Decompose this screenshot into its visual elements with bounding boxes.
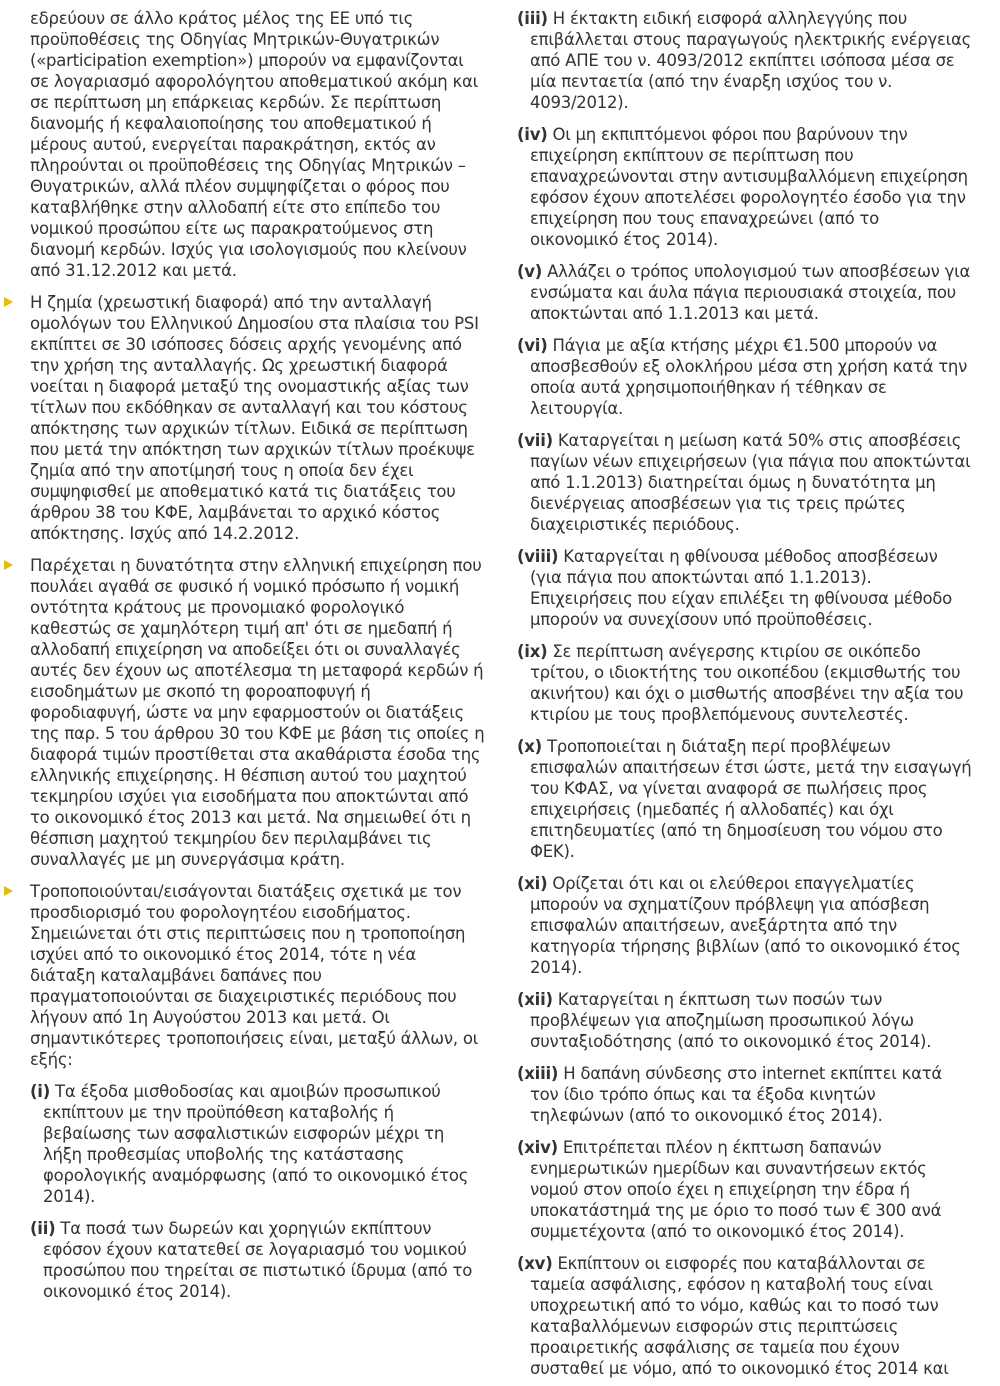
numbered-item: (i) Τα έξοδα μισθοδοσίας και αμοιβών προ…	[30, 1081, 485, 1207]
paragraph: εδρεύουν σε άλλο κράτος μέλος της ΕΕ υπό…	[30, 8, 485, 281]
numbered-item: (x) Τροποποιείται η διάταξη περί προβλέψ…	[517, 736, 972, 862]
item-text: Τα έξοδα μισθοδοσίας και αμοιβών προσωπι…	[43, 1082, 468, 1206]
item-number-label: (vii)	[517, 431, 553, 450]
bullet-text: Τροποποιούνται/εισάγονται διατάξεις σχετ…	[30, 882, 478, 1069]
numbered-item: (iii) Η έκτακτη ειδική εισφορά αλληλεγγύ…	[517, 8, 972, 113]
item-number-label: (xi)	[517, 874, 547, 893]
bullet-arrow-icon	[4, 560, 13, 570]
numbered-item: (xi) Ορίζεται ότι και οι ελεύθεροι επαγγ…	[517, 873, 972, 978]
item-text: Η δαπάνη σύνδεσης στο internet εκπίπτει …	[530, 1064, 942, 1125]
item-number-label: (x)	[517, 737, 542, 756]
numbered-item: (xv) Εκπίπτουν οι εισφορές που καταβάλλο…	[517, 1253, 972, 1379]
numbered-item: (xiv) Επιτρέπεται πλέον η έκπτωση δαπανώ…	[517, 1137, 972, 1242]
numbered-item: (v) Αλλάζει ο τρόπος υπολογισμού των απο…	[517, 261, 972, 324]
item-number-label: (i)	[30, 1082, 50, 1101]
item-number-label: (viii)	[517, 547, 558, 566]
document-page: εδρεύουν σε άλλο κράτος μέλος της ΕΕ υπό…	[0, 0, 1000, 1379]
item-text: Εκπίπτουν οι εισφορές που καταβάλλονται …	[530, 1254, 949, 1378]
numbered-item: (viii) Καταργείται η φθίνουσα μέθοδος απ…	[517, 546, 972, 630]
item-text: Η έκτακτη ειδική εισφορά αλληλεγγύης που…	[530, 9, 971, 112]
bullet-arrow-icon	[4, 886, 13, 896]
bullet-item: Η ζημία (χρεωστική διαφορά) από την αντα…	[30, 292, 485, 544]
item-number-label: (xii)	[517, 990, 553, 1009]
numbered-item: (ii) Τα ποσά των δωρεών και χορηγιών εκπ…	[30, 1218, 485, 1302]
item-text: Οι μη εκπιπτόμενοι φόροι που βαρύνουν τη…	[530, 125, 968, 249]
numbered-item: (xiii) Η δαπάνη σύνδεσης στο internet εκ…	[517, 1063, 972, 1126]
bullet-item: Παρέχεται η δυνατότητα στην ελληνική επι…	[30, 555, 485, 870]
item-number-label: (xiv)	[517, 1138, 558, 1157]
item-text: Καταργείται η μείωση κατά 50% στις αποσβ…	[530, 431, 970, 534]
bullet-item: Τροποποιούνται/εισάγονται διατάξεις σχετ…	[30, 881, 485, 1070]
item-text: Σε περίπτωση ανέγερσης κτιρίου σε οικόπε…	[530, 642, 963, 724]
item-text: Πάγια με αξία κτήσης μέχρι €1.500 μπορού…	[530, 336, 967, 418]
item-number-label: (iv)	[517, 125, 548, 144]
bullet-arrow-icon	[4, 297, 13, 307]
bullet-text: Παρέχεται η δυνατότητα στην ελληνική επι…	[30, 556, 484, 869]
item-text: Καταργείται η έκπτωση των ποσών των προβ…	[530, 990, 931, 1051]
item-number-label: (xiii)	[517, 1064, 558, 1083]
item-text: Επιτρέπεται πλέον η έκπτωση δαπανών ενημ…	[530, 1138, 941, 1241]
item-number-label: (ii)	[30, 1219, 55, 1238]
numbered-item: (vi) Πάγια με αξία κτήσης μέχρι €1.500 μ…	[517, 335, 972, 419]
item-number-label: (ix)	[517, 642, 547, 661]
numbered-item: (iv) Οι μη εκπιπτόμενοι φόροι που βαρύνο…	[517, 124, 972, 250]
item-number-label: (vi)	[517, 336, 548, 355]
item-text: Τροποποιείται η διάταξη περί προβλέψεων …	[530, 737, 971, 861]
bullet-text: Η ζημία (χρεωστική διαφορά) από την αντα…	[30, 293, 479, 543]
item-number-label: (xv)	[517, 1254, 552, 1273]
item-text: Τα ποσά των δωρεών και χορηγιών εκπίπτου…	[43, 1219, 472, 1301]
item-text: Καταργείται η φθίνουσα μέθοδος αποσβέσεω…	[530, 547, 952, 629]
numbered-item: (xii) Καταργείται η έκπτωση των ποσών τω…	[517, 989, 972, 1052]
numbered-item: (vii) Καταργείται η μείωση κατά 50% στις…	[517, 430, 972, 535]
item-text: Αλλάζει ο τρόπος υπολογισμού των αποσβέσ…	[530, 262, 970, 323]
numbered-item: (ix) Σε περίπτωση ανέγερσης κτιρίου σε ο…	[517, 641, 972, 725]
item-number-label: (v)	[517, 262, 542, 281]
item-text: Ορίζεται ότι και οι ελεύθεροι επαγγελματ…	[530, 874, 961, 977]
left-column: εδρεύουν σε άλλο κράτος μέλος της ΕΕ υπό…	[30, 8, 485, 1379]
right-column: (iii) Η έκτακτη ειδική εισφορά αλληλεγγύ…	[517, 8, 972, 1379]
item-number-label: (iii)	[517, 9, 548, 28]
